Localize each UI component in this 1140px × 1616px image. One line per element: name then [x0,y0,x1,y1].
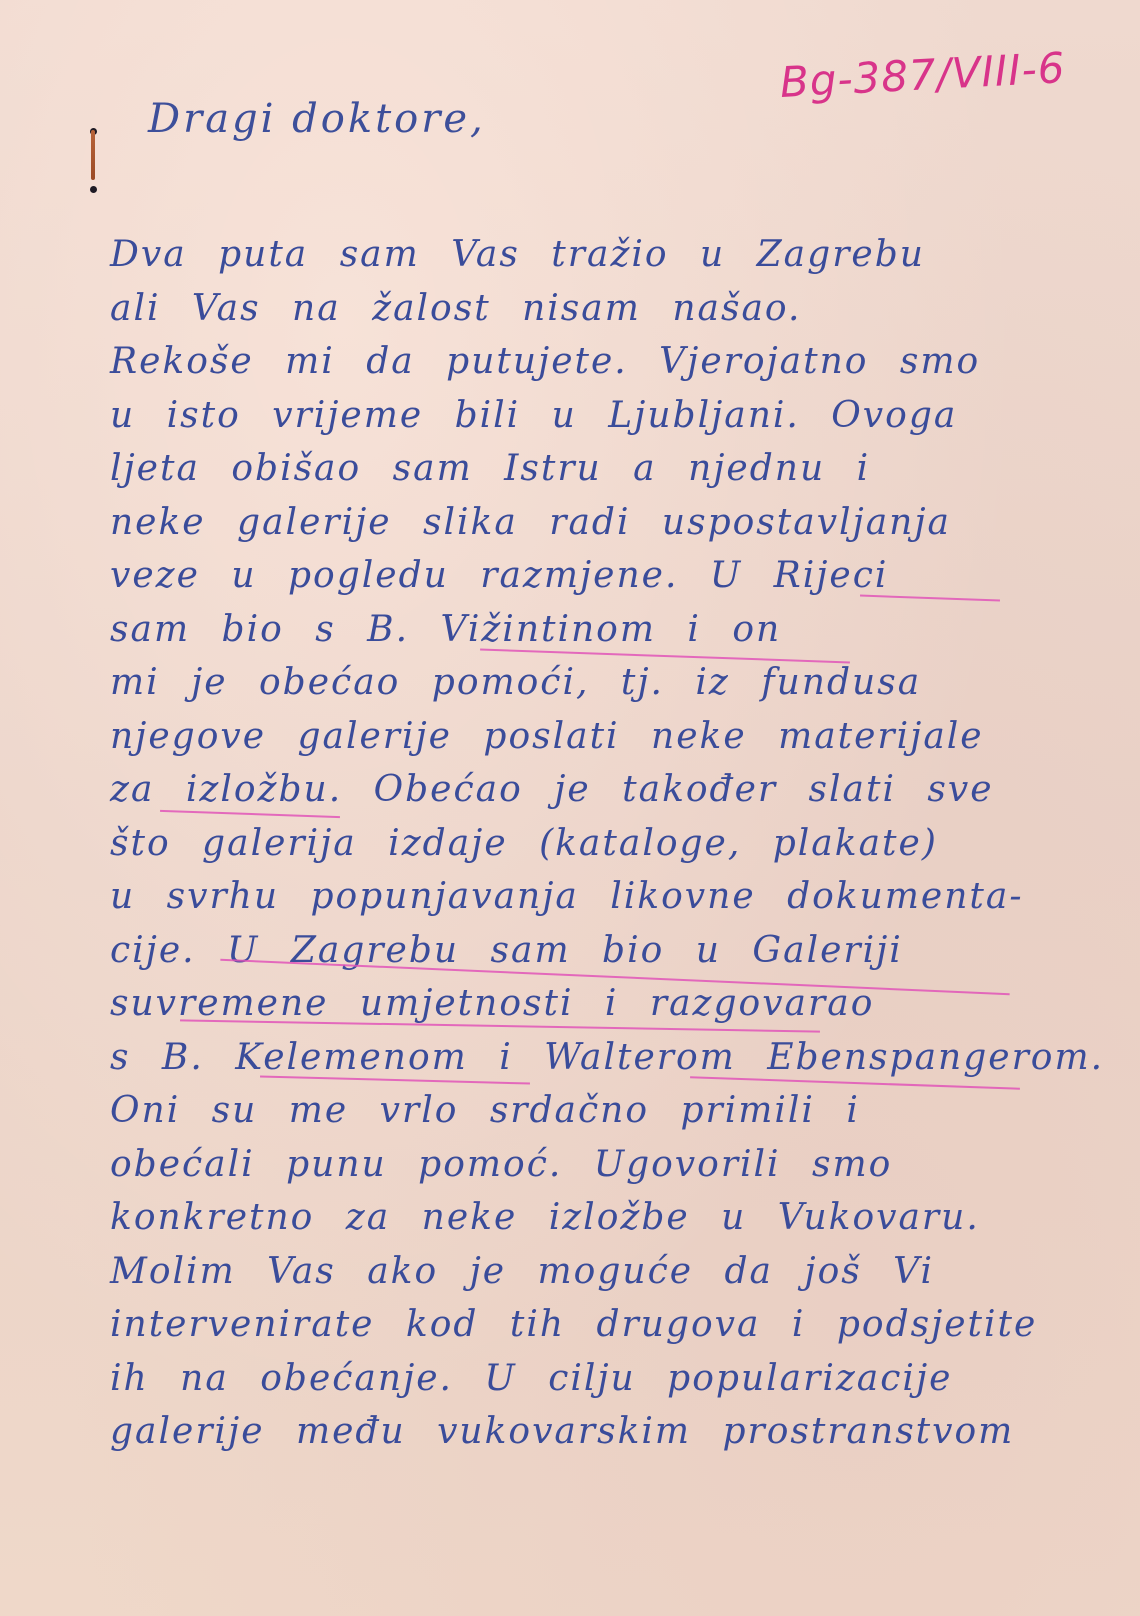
letter-line: njegove galerije poslati neke materijale [110,710,1090,764]
letter-line-text: Rekoše mi da putujete. Vjerojatno smo [110,335,980,389]
letter-line: intervenirate kod tih drugova i podsjeti… [110,1298,1090,1352]
letter-line-text: obećali punu pomoć. Ugovorili smo [110,1138,892,1192]
letter-line-text: veze u pogledu razmjene. U Rijeci [110,549,888,603]
letter-line: obećali punu pomoć. Ugovorili smo [110,1138,1090,1192]
letter-line: galerije među vukovarskim prostranstvom [110,1405,1090,1459]
letter-line-text: ali Vas na žalost nisam našao. [110,282,801,336]
letter-line: mi je obećao pomoći, tj. iz fundusa [110,656,1090,710]
letter-line-text: galerije među vukovarskim prostranstvom [110,1405,1014,1459]
letter-line-text: njegove galerije poslati neke materijale [110,710,984,764]
letter-line: za izložbu. Obećao je također slati sve [110,763,1090,817]
letter-line-text: Dva puta sam Vas tražio u Zagrebu [110,228,925,282]
letter-line: cije. U Zagrebu sam bio u Galeriji [110,924,1090,978]
letter-line-text: sam bio s B. Vižintinom i on [110,603,781,657]
letter-line-text: intervenirate kod tih drugova i podsjeti… [110,1298,1037,1352]
letter-line: Dva puta sam Vas tražio u Zagrebu [110,228,1090,282]
letter-line: veze u pogledu razmjene. U Rijeci [110,549,1090,603]
archive-reference-mark: Bg-387/VIII-6 [779,43,1067,107]
letter-line-text: ljeta obišao sam Istru a njednu i [110,442,870,496]
letter-line: ih na obećanje. U cilju popularizacije [110,1352,1090,1406]
letter-line: Oni su me vrlo srdačno primili i [110,1084,1090,1138]
letter-line-text: suvremene umjetnosti i razgovarao [110,977,874,1031]
letter-line: Molim Vas ako je moguće da još Vi [110,1245,1090,1299]
letter-salutation: Dragi doktore, [148,96,486,142]
letter-body: Dva puta sam Vas tražio u Zagrebu ali Va… [110,228,1090,1459]
letter-line-text: u svrhu popunjavanja likovne dokumenta- [110,870,1024,924]
rust-stain [91,130,95,180]
letter-line: u svrhu popunjavanja likovne dokumenta- [110,870,1090,924]
letter-line-text: Oni su me vrlo srdačno primili i [110,1084,860,1138]
letter-line: konkretno za neke izložbe u Vukovaru. [110,1191,1090,1245]
letter-line-text: konkretno za neke izložbe u Vukovaru. [110,1191,980,1245]
letter-line-text: što galerija izdaje (kataloge, plakate) [110,817,938,871]
letter-line-text: ih na obećanje. U cilju popularizacije [110,1352,952,1406]
letter-line: s B. Kelemenom i Walterom Ebenspangerom. [110,1031,1090,1085]
letter-line: ljeta obišao sam Istru a njednu i [110,442,1090,496]
letter-line-text: mi je obećao pomoći, tj. iz fundusa [110,656,921,710]
letter-line: suvremene umjetnosti i razgovarao [110,977,1090,1031]
letter-line: u isto vrijeme bili u Ljubljani. Ovoga [110,389,1090,443]
letter-line: sam bio s B. Vižintinom i on [110,603,1090,657]
letter-page: Bg-387/VIII-6 Dragi doktore, Dva puta sa… [0,0,1140,1616]
letter-line: neke galerije slika radi uspostavljanja [110,496,1090,550]
letter-line-text: za izložbu. Obećao je također slati sve [110,763,994,817]
letter-line: ali Vas na žalost nisam našao. [110,282,1090,336]
letter-line: Rekoše mi da putujete. Vjerojatno smo [110,335,1090,389]
letter-line-text: Molim Vas ako je moguće da još Vi [110,1245,934,1299]
letter-line: što galerija izdaje (kataloge, plakate) [110,817,1090,871]
letter-line-text: u isto vrijeme bili u Ljubljani. Ovoga [110,389,957,443]
punch-hole-bottom [90,186,97,193]
letter-line-text: cije. U Zagrebu sam bio u Galeriji [110,924,903,978]
letter-line-text: neke galerije slika radi uspostavljanja [110,496,951,550]
